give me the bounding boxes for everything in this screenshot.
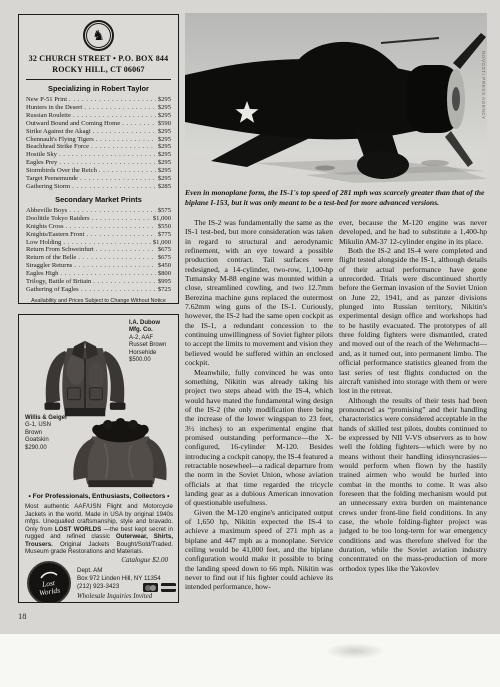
print-title: Return of the Belle	[26, 254, 76, 262]
print-listing-row: Return From Schweinfurt $675	[26, 246, 171, 254]
contact-line: Box 972 Linden Hill, NY 11354	[77, 575, 161, 583]
ad-headline: • For Professionals, Enthusiasts, Collec…	[22, 493, 176, 500]
article-paragraph: The IS-2 was fundamentally the same as t…	[185, 218, 333, 368]
dot-leader	[96, 136, 156, 144]
article-column-1: The IS-2 was fundamentally the same as t…	[185, 218, 333, 626]
print-title: Straggler Returns	[26, 262, 72, 270]
g1-jacket-photo	[63, 417, 175, 491]
divider	[26, 79, 171, 80]
print-price: $295	[158, 143, 171, 151]
print-title: Gathering Storm	[26, 183, 70, 191]
print-price: $295	[158, 112, 171, 120]
is1-monoplane-image	[185, 13, 487, 185]
dot-leader	[93, 278, 156, 286]
print-listing-row: Gathering of Eagles $725	[26, 286, 171, 294]
print-price: $1,000	[153, 239, 171, 247]
print-title: Target Peenemunde	[26, 175, 78, 183]
print-listing-row: Knights Cross $550	[26, 223, 171, 231]
dot-leader	[73, 112, 156, 120]
print-title: Gathering of Eagles	[26, 286, 79, 294]
print-listing-row: Stormbirds Over the Reich $295	[26, 167, 171, 175]
print-listing-row: Chennault's Flying Tigers $295	[26, 136, 171, 144]
catalogue-price: Catalogue $2.00	[121, 556, 168, 564]
article-paragraph: ever, because the M-120 engine was never…	[339, 218, 487, 246]
print-price: $295	[158, 151, 171, 159]
print-listing-row: Outward Bound and Coming Home $590	[26, 120, 171, 128]
scan-smudge	[325, 643, 385, 659]
print-listing-row: Trilogy, Battle of Britain $995	[26, 278, 171, 286]
dot-leader	[81, 286, 156, 294]
print-price: $295	[158, 104, 171, 112]
magazine-page: ♞ 32 CHURCH STREET • P.O. BOX 844 ROCKY …	[0, 0, 500, 687]
payment-icons	[143, 583, 176, 592]
ad-address: 32 CHURCH STREET • P.O. BOX 844 ROCKY HI…	[26, 54, 171, 75]
print-price: $995	[158, 278, 171, 286]
print-title: Doolittle Tokyo Raiders	[26, 215, 90, 223]
dot-leader	[74, 262, 155, 270]
visa-icon	[161, 583, 176, 592]
print-price: $295	[158, 175, 171, 183]
print-title: Hunters in the Desert	[26, 104, 82, 112]
print-title: Low Holding	[26, 239, 61, 247]
print-price: $675	[158, 246, 171, 254]
print-listing-row: Eagles High $800	[26, 270, 171, 278]
print-price: $1,000	[153, 215, 171, 223]
article-paragraph: Both the IS-2 and IS-4 were completed an…	[339, 246, 487, 396]
print-price: $725	[158, 286, 171, 294]
print-title: Beachhead Strike Force	[26, 143, 89, 151]
scanner-margin	[0, 634, 500, 687]
print-price: $800	[158, 270, 171, 278]
print-title: Knights Cross	[26, 223, 64, 231]
dot-leader	[63, 239, 151, 247]
print-title: Strike Against the Akagi	[26, 128, 91, 136]
secondary-print-list: Abbeville Boys $575 Doolittle Tokyo Raid…	[26, 207, 171, 294]
print-listing-row: Russian Roulette $295	[26, 112, 171, 120]
print-title: Stormbirds Over the Reich	[26, 167, 97, 175]
print-listing-row: Hostile Sky $295	[26, 151, 171, 159]
dot-leader	[91, 143, 156, 151]
lion-crest-icon: ♞	[83, 20, 114, 51]
dot-leader	[60, 270, 155, 278]
ad-section-title-secondary: Secondary Market Prints	[26, 195, 171, 204]
lion-glyph: ♞	[92, 29, 105, 43]
page-number: 18	[18, 611, 27, 621]
dot-leader	[92, 215, 151, 223]
lost-worlds-ad: I.A. Dubow Mfg. Co. A-2, AAF Russet Brow…	[18, 314, 179, 603]
ad-section-title-primary: Specializing in Robert Taylor	[26, 84, 171, 93]
dot-leader	[59, 159, 156, 167]
print-title: Outward Bound and Coming Home	[26, 120, 120, 128]
mastercard-icon	[143, 583, 158, 592]
article-paragraph: Meanwhile, fully convinced he was onto s…	[185, 368, 333, 508]
print-listing-row: Straggler Returns $450	[26, 262, 171, 270]
ad-footnote-line1: Availability and Prices Subject to Chang…	[26, 298, 171, 304]
print-price: $295	[158, 128, 171, 136]
print-price: $590	[158, 120, 171, 128]
photo-credit: NOVOSTI PRESS AGENCY	[481, 51, 486, 120]
print-listing-row: Hunters in the Desert $295	[26, 104, 171, 112]
contact-line: Dept. AM	[77, 567, 161, 575]
print-listing-row: Abbeville Boys $575	[26, 207, 171, 215]
print-listing-row: Gathering Storm $285	[26, 183, 171, 191]
print-title: Return From Schweinfurt	[26, 246, 94, 254]
print-listing-row: New P-51 Print $295	[26, 96, 171, 104]
brand-name: Lost Worlds	[34, 578, 64, 597]
jacket-caption-line: A-2, AAF	[129, 335, 177, 342]
print-listing-row: Doolittle Tokyo Raiders $1,000	[26, 215, 171, 223]
print-price: $295	[158, 167, 171, 175]
ad-body-text: Most authentic AAF/USN Flight and Motorc…	[25, 503, 173, 556]
lost-worlds-logo: Lost Worlds	[27, 561, 71, 603]
ad-address-line1: 32 CHURCH STREET • P.O. BOX 844	[26, 54, 171, 65]
dot-leader	[72, 183, 156, 191]
print-title: New P-51 Print	[26, 96, 67, 104]
print-listing-row: Knights/Eastern Front $775	[26, 231, 171, 239]
print-title: Russian Roulette	[26, 112, 71, 120]
jacket-caption-line: Horsehide	[129, 350, 177, 357]
dot-leader	[69, 207, 156, 215]
jacket1-caption: I.A. Dubow Mfg. Co. A-2, AAF Russet Brow…	[129, 320, 177, 364]
dot-leader	[84, 104, 156, 112]
article-paragraph: Given the M-120 engine's anticipated out…	[185, 508, 333, 592]
print-title: Hostile Sky	[26, 151, 57, 159]
print-listing-row: Low Holding $1,000	[26, 239, 171, 247]
aircraft-photo: NOVOSTI PRESS AGENCY	[185, 13, 487, 185]
print-price: $575	[158, 207, 171, 215]
dot-leader	[93, 128, 156, 136]
article-paragraph: Although the results of their tests had …	[339, 396, 487, 574]
photo-caption: Even in monoplane form, the IS-1's top s…	[185, 188, 487, 208]
dot-leader	[86, 231, 155, 239]
primary-print-list: New P-51 Print $295 Hunters in the Deser…	[26, 96, 171, 191]
dot-leader	[59, 151, 156, 159]
dot-leader	[66, 223, 156, 231]
jacket-caption-line: Mfg. Co.	[129, 327, 177, 334]
print-title: Eagles Prey	[26, 159, 57, 167]
print-title: Knights/Eastern Front	[26, 231, 84, 239]
dot-leader	[122, 120, 156, 128]
dot-leader	[69, 96, 156, 104]
print-listing-row: Beachhead Strike Force $295	[26, 143, 171, 151]
dot-leader	[99, 167, 156, 175]
print-price: $295	[158, 136, 171, 144]
jacket-caption-line: I.A. Dubow	[129, 320, 177, 327]
wholesale-note: Wholesale Inquiries Invited	[77, 593, 152, 600]
dot-leader	[96, 246, 156, 254]
print-listing-row: Target Peenemunde $295	[26, 175, 171, 183]
print-title: Chennault's Flying Tigers	[26, 136, 94, 144]
print-listing-row: Eagles Prey $295	[26, 159, 171, 167]
article-column-2: ever, because the M-120 engine was never…	[339, 218, 487, 626]
print-price: $450	[158, 262, 171, 270]
print-price: $295	[158, 159, 171, 167]
print-price: $550	[158, 223, 171, 231]
print-price: $285	[158, 183, 171, 191]
print-title: Abbeville Boys	[26, 207, 67, 215]
print-title: Trilogy, Battle of Britain	[26, 278, 91, 286]
print-gallery-ad: ♞ 32 CHURCH STREET • P.O. BOX 844 ROCKY …	[18, 14, 179, 304]
print-listing-row: Return of the Belle $675	[26, 254, 171, 262]
jacket-caption-line: $500.00	[129, 357, 177, 364]
ad-body-segment: LOST WORLDS	[55, 526, 101, 533]
dot-leader	[78, 254, 155, 262]
print-title: Eagles High	[26, 270, 58, 278]
print-price: $295	[158, 96, 171, 104]
print-listing-row: Strike Against the Akagi $295	[26, 128, 171, 136]
ad-footnote: Availability and Prices Subject to Chang…	[26, 298, 171, 304]
jacket-caption-line: Russet Brown	[129, 342, 177, 349]
print-price: $775	[158, 231, 171, 239]
ad-address-line2: ROCKY HILL, CT 06067	[26, 65, 171, 76]
print-price: $675	[158, 254, 171, 262]
dot-leader	[80, 175, 156, 183]
